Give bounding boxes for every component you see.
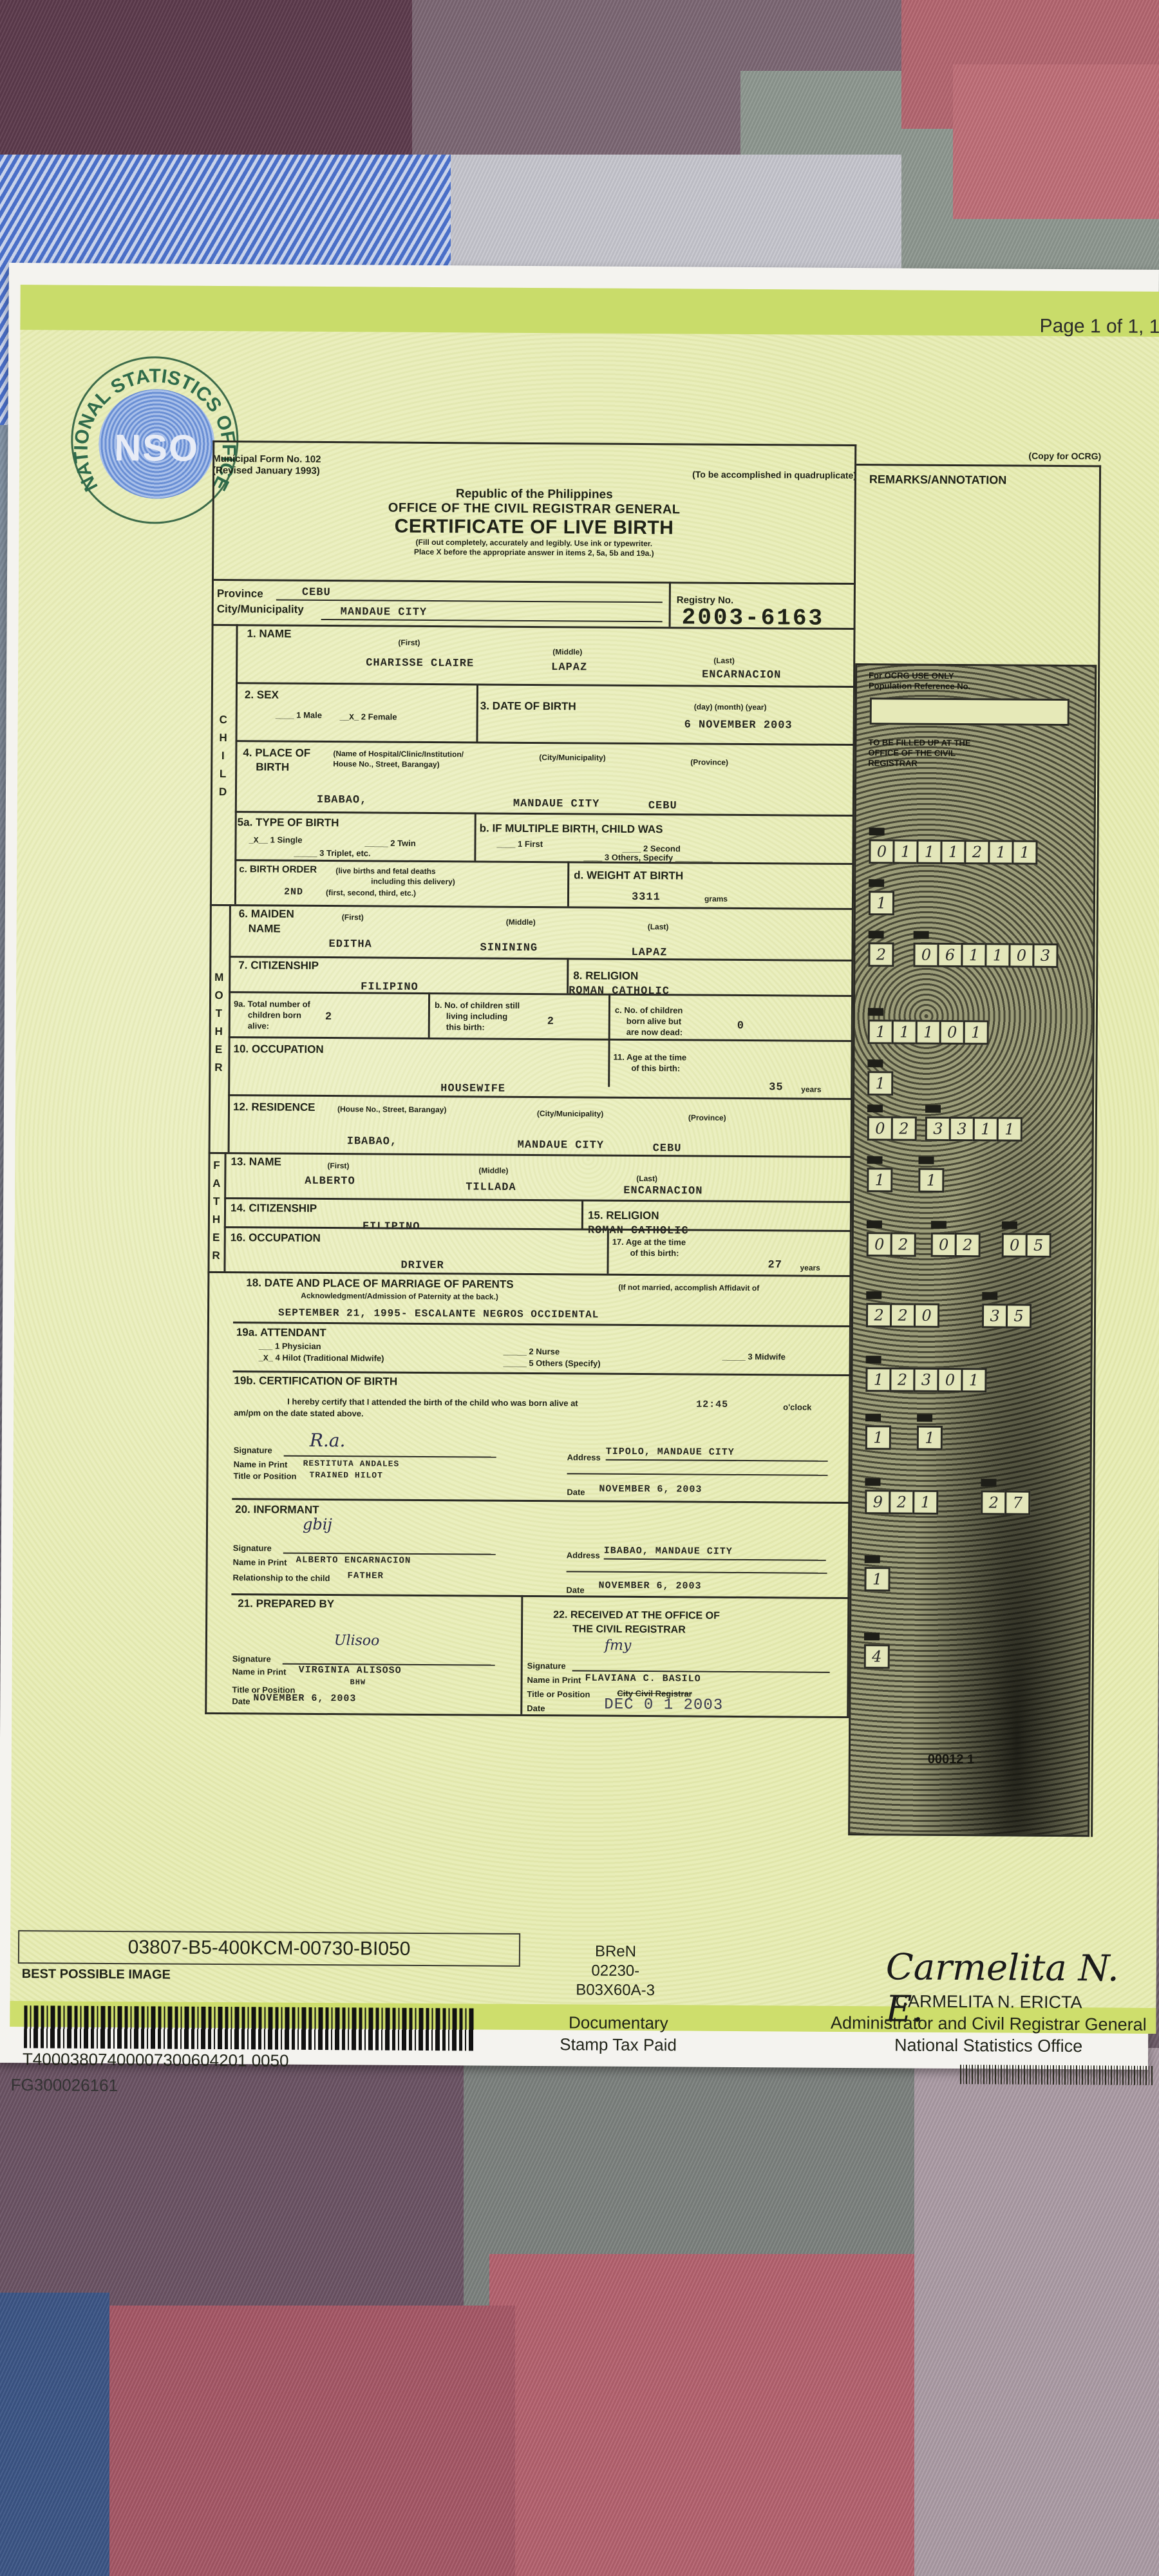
- code-digit: 1: [961, 1368, 986, 1392]
- remarks-title: REMARKS/ANNOTATION: [869, 473, 1006, 487]
- father-age-unit: years: [800, 1264, 820, 1273]
- code-digit: 1: [868, 1019, 894, 1044]
- code-digit: 1: [916, 1020, 941, 1045]
- weight-unit: grams: [704, 895, 728, 904]
- attendant-signature-label: Signature: [234, 1445, 272, 1455]
- province-value: CEBU: [302, 587, 331, 599]
- attendant-label: 19a. ATTENDANT: [236, 1326, 326, 1340]
- attendant-date-label: Date: [567, 1487, 585, 1497]
- attendant-name: RESTITUTA ANDALES: [303, 1459, 400, 1469]
- code-digit: 1: [865, 1367, 891, 1392]
- informant-date-label: Date: [566, 1585, 584, 1595]
- marriage-label: 18. DATE AND PLACE OF MARRIAGE OF PARENT…: [246, 1276, 513, 1291]
- frame-line: [210, 904, 854, 910]
- quadruplicate-note: (To be accomplished in quadruplicate): [692, 469, 856, 480]
- code-box[interactable]: 1: [864, 1567, 888, 1591]
- top-band: [20, 285, 1159, 337]
- mother-religion-label: 8. RELIGION: [573, 969, 638, 983]
- middle-label: (Middle): [506, 918, 536, 927]
- underline: [284, 1455, 496, 1458]
- form-number: Municipal Form No. 102 (Revised January …: [212, 453, 321, 477]
- pob-hint-2: House No., Street, Barangay): [333, 759, 439, 769]
- type-option-triplet[interactable]: _____ 3 Triplet, etc.: [294, 848, 370, 858]
- attendant-address-label: Address: [567, 1452, 601, 1462]
- mother-middle-name: SININING: [480, 942, 538, 954]
- last-label: (Last): [713, 656, 735, 665]
- code-box[interactable]: 1: [867, 1071, 891, 1095]
- birth-time: 12:45: [696, 1399, 728, 1410]
- code-number-tag: [864, 1633, 880, 1640]
- official-block: CARMELITA N. ERICTA Administrator and Ci…: [815, 1990, 1159, 2058]
- mini-barcode: [960, 2065, 1153, 2085]
- last-label: (Last): [636, 1174, 657, 1183]
- code-number-tag: [869, 879, 884, 887]
- code-boxes: 0111211120611031110110233111102020522035…: [857, 665, 1095, 667]
- frame-line: [224, 1197, 852, 1203]
- middle-label: (Middle): [552, 647, 582, 656]
- father-occupation: DRIVER: [400, 1260, 444, 1272]
- certification-text-2: am/pm on the date stated above.: [234, 1408, 364, 1418]
- father-age: 27: [768, 1259, 782, 1271]
- preparer-date: NOVEMBER 6, 2003: [253, 1692, 356, 1704]
- first-label: (First): [342, 913, 364, 922]
- code-digit: 2: [955, 1233, 981, 1257]
- registrar-name: FLAVIANA C. BASILO: [585, 1673, 701, 1685]
- first-label: (First): [327, 1161, 349, 1170]
- frame-line: [236, 682, 855, 688]
- code-box[interactable]: 4: [864, 1644, 888, 1669]
- mother-residence-place: IBABAO,: [347, 1135, 398, 1148]
- birth-order-hint: (live births and fetal deaths: [335, 866, 435, 876]
- dob-parts: (day) (month) (year): [694, 703, 767, 712]
- father-middle-name: TILLADA: [466, 1181, 516, 1193]
- father-citizenship-label: 14. CITIZENSHIP: [231, 1202, 317, 1215]
- certification-label: 19b. CERTIFICATION OF BIRTH: [234, 1374, 397, 1388]
- code-number-tag: [869, 931, 884, 938]
- section-label-father: FATHER: [209, 1157, 224, 1265]
- ocrg-copy-note: (Copy for OCRG): [1028, 451, 1101, 462]
- preparer-name: VIRGINIA ALISOSO: [299, 1665, 402, 1676]
- stamp-tax-line-1: Documentary: [538, 2011, 699, 2034]
- section-label-mother: MOTHER: [211, 969, 226, 1077]
- multiple-birth-label: b. IF MULTIPLE BIRTH, CHILD WAS: [480, 822, 663, 836]
- ocrg-coding-panel: For OCRG USE ONLYPopulation Reference No…: [848, 663, 1097, 1837]
- code-number-tag: [866, 1356, 881, 1363]
- date-of-birth: 6 NOVEMBER 2003: [684, 719, 793, 732]
- code-digit: 2: [868, 942, 894, 967]
- attendant-date: NOVEMBER 6, 2003: [599, 1484, 702, 1495]
- code-digit: 1: [867, 1168, 892, 1192]
- code-digit: 3: [913, 1368, 939, 1392]
- code-digit: 1: [892, 839, 918, 864]
- mother-occupation: HOUSEWIFE: [440, 1083, 505, 1095]
- attendant-option-hilot[interactable]: _X_ 4 Hilot (Traditional Midwife): [259, 1352, 384, 1363]
- code-box[interactable]: 12301: [865, 1367, 985, 1392]
- birth-order-hint-2: including this delivery): [371, 876, 455, 886]
- code-digit: 0: [914, 1303, 939, 1328]
- frame-line: [228, 1094, 853, 1100]
- code-digit: 0: [869, 839, 894, 864]
- dead-children: 0: [737, 1020, 744, 1032]
- frame-line: [581, 1199, 583, 1228]
- form-number-text: Municipal Form No. 102: [212, 453, 321, 466]
- mother-residence-label: 12. RESIDENCE: [233, 1101, 316, 1114]
- preparer-signature: Ulisoo: [334, 1633, 380, 1649]
- code-digit: 1: [973, 1117, 999, 1141]
- fabric-background: [97, 2306, 515, 2576]
- code-box[interactable]: 3311: [925, 1117, 1021, 1142]
- dob-label: 3. DATE OF BIRTH: [480, 699, 576, 713]
- bren-block: BReN 02230-B03X60A-3: [564, 1942, 668, 2000]
- code-digit: 1: [864, 1567, 890, 1591]
- code-digit: 0: [867, 1116, 893, 1141]
- attendant-signature: R.a.: [310, 1430, 346, 1451]
- birth-order: 2ND: [284, 887, 303, 898]
- father-occupation-label: 16. OCCUPATION: [231, 1231, 321, 1245]
- code-digit: 2: [889, 1367, 915, 1392]
- city-label: City/Municipality: [217, 603, 304, 616]
- code-box[interactable]: 1: [918, 1168, 942, 1193]
- dead-children-label: c. No. of childrenborn alive butare now …: [615, 1005, 683, 1038]
- father-age-label: 17. Age at the timeof this birth:: [612, 1236, 686, 1259]
- underline: [321, 619, 663, 622]
- frame-line: [212, 440, 856, 446]
- code-box[interactable]: 27: [981, 1490, 1028, 1515]
- code-digit: 1: [961, 943, 986, 967]
- father-name-label: 13. NAME: [231, 1155, 281, 1168]
- mother-residence-province: CEBU: [653, 1142, 682, 1155]
- code-digit: 6: [937, 943, 963, 967]
- barcode-number: T40003807400007300604201 0050: [23, 2049, 289, 2071]
- code-digit: 1: [869, 891, 894, 915]
- code-number-tag: [1002, 1221, 1017, 1229]
- attendant-option-nurse[interactable]: _____ 2 Nurse: [504, 1347, 560, 1357]
- stamp-tax-line-2: Stamp Tax Paid: [538, 2033, 699, 2056]
- sex-option-male[interactable]: ____ 1 Male: [276, 710, 322, 720]
- code-digit: 0: [937, 1368, 963, 1392]
- underline: [604, 1558, 826, 1561]
- mother-occupation-label: 10. OCCUPATION: [233, 1043, 323, 1056]
- code-digit: 0: [867, 1232, 892, 1256]
- child-last-name: ENCARNACION: [702, 669, 781, 682]
- fabric-background: [914, 2048, 1159, 2576]
- code-digit: 0: [939, 1020, 965, 1045]
- code-digit: 5: [1006, 1303, 1032, 1328]
- child-first-name: CHARISSE CLAIRE: [366, 657, 474, 670]
- city-value: MANDAUE CITY: [341, 606, 428, 619]
- type-option-twin[interactable]: _____ 2 Twin: [364, 838, 415, 848]
- form-header: Republic of the Philippines OFFICE OF TH…: [212, 486, 856, 560]
- registrar-signature-label: Signature: [527, 1661, 566, 1671]
- registrar-title-label: Title or Position: [527, 1689, 590, 1700]
- code-digit: 0: [931, 1233, 957, 1257]
- fill-up-label: TO BE FILLED UP AT THEOFFICE OF THE CIVI…: [868, 737, 970, 769]
- form-revision: (Revised January 1993): [212, 465, 321, 477]
- father-first-name: ALBERTO: [305, 1175, 355, 1188]
- type-option-single[interactable]: _X__ 1 Single: [249, 835, 302, 846]
- weight-value: 3311: [632, 891, 661, 904]
- code-number-tag: [867, 1059, 883, 1067]
- underline: [606, 1459, 828, 1462]
- code-digit: 3: [982, 1303, 1008, 1328]
- code-number-tag: [865, 1414, 881, 1421]
- marriage-hint-2: Acknowledgment/Admission of Paternity at…: [301, 1291, 498, 1302]
- code-digit: 2: [890, 1303, 916, 1327]
- code-digit: 5: [1026, 1233, 1051, 1258]
- attendant-option-others[interactable]: _____ 5 Others (Specify): [504, 1358, 601, 1368]
- mother-name-label-2: NAME: [249, 922, 281, 935]
- mother-religion: ROMAN CATHOLIC: [569, 985, 670, 998]
- father-religion-label: 15. RELIGION: [588, 1209, 659, 1223]
- code-number-tag: [868, 1008, 883, 1016]
- attendant-name-label: Name in Print: [234, 1459, 288, 1470]
- pob-label-2: BIRTH: [256, 761, 289, 773]
- frame-line: [476, 683, 478, 741]
- attendant-title-label: Title or Position: [233, 1471, 296, 1481]
- underline: [567, 1473, 828, 1475]
- frame-line: [229, 991, 853, 997]
- residence-hint: (House No., Street, Barangay): [337, 1104, 446, 1114]
- code-box[interactable]: 1: [867, 1168, 890, 1192]
- code-digit: 2: [964, 840, 990, 864]
- marriage-value: SEPTEMBER 21, 1995- ESCALANTE NEGROS OCC…: [278, 1307, 599, 1321]
- pob-city-hint: (City/Municipality): [539, 753, 605, 762]
- pob-place: IBABAO,: [317, 794, 368, 806]
- code-digit: 3: [949, 1117, 975, 1141]
- attendant-address: TIPOLO, MANDAUE CITY: [606, 1446, 735, 1458]
- population-reference-field[interactable]: [870, 697, 1069, 726]
- mother-first-name: EDITHA: [328, 938, 372, 951]
- code-digit: 4: [864, 1644, 890, 1669]
- type-of-birth-label: 5a. TYPE OF BIRTH: [238, 816, 339, 829]
- received-date-stamp: DEC 0 1 2003: [604, 1696, 723, 1714]
- page-indicator: Page 1 of 1, 1: [1040, 316, 1159, 338]
- code-box[interactable]: 02: [931, 1233, 979, 1257]
- code-number-tag: [867, 1156, 882, 1164]
- mother-name-label: 6. MAIDEN: [239, 907, 294, 921]
- code-number-tag: [914, 931, 929, 939]
- official-name: CARMELITA N. ERICTA: [815, 1990, 1159, 2014]
- code-digit: 7: [1004, 1490, 1030, 1515]
- code-number-tag: [867, 1220, 882, 1228]
- registrar-name-label: Name in Print: [527, 1675, 581, 1685]
- birth-order-hint-3: (first, second, third, etc.): [326, 888, 416, 898]
- informant-label: 20. INFORMANT: [235, 1503, 319, 1517]
- code-digit: 1: [865, 1425, 891, 1450]
- code-number-tag: [917, 1414, 932, 1422]
- code-box[interactable]: 11101: [868, 1019, 987, 1045]
- code-number-tag: [982, 1292, 997, 1300]
- official-office: National Statistics Office: [815, 2034, 1159, 2058]
- total-children-label: 9a. Total number ofchildren bornalive:: [234, 998, 310, 1032]
- code-digit: 3: [925, 1117, 951, 1141]
- frame-line: [224, 1226, 852, 1232]
- code-digit: 1: [892, 1019, 918, 1044]
- code-digit: 2: [890, 1232, 916, 1256]
- frame-line: [607, 1229, 608, 1274]
- code-digit: 0: [1008, 943, 1034, 968]
- pob-province: CEBU: [648, 800, 677, 812]
- frame-line: [235, 740, 854, 746]
- frame-line: [207, 440, 214, 1271]
- attendant-title: TRAINED HILOT: [309, 1470, 383, 1481]
- code-number-tag: [865, 1478, 880, 1486]
- code-box[interactable]: 921: [865, 1490, 936, 1515]
- attendant-option-midwife[interactable]: _____ 3 Midwife: [722, 1352, 786, 1362]
- ocrg-use-label: For OCRG USE ONLYPopulation Reference No…: [869, 670, 970, 692]
- code-box[interactable]: 220: [866, 1303, 938, 1328]
- middle-label: (Middle): [478, 1166, 508, 1175]
- frame-line: [228, 904, 231, 1152]
- frame-line: [207, 1271, 851, 1277]
- mult-option-first[interactable]: ____ 1 First: [496, 839, 543, 849]
- frame-line: [567, 861, 569, 906]
- province-label: Province: [217, 587, 263, 600]
- total-born-alive: 2: [325, 1011, 332, 1023]
- sex-label: 2. SEX: [245, 688, 279, 701]
- code-digit: 1: [1012, 840, 1037, 865]
- code-digit: 2: [889, 1490, 914, 1514]
- frame-line: [428, 992, 430, 1037]
- preparer-signature-label: Signature: [232, 1654, 271, 1663]
- pob-label: 4. PLACE OF: [243, 746, 310, 760]
- barcode: [24, 2005, 475, 2050]
- weight-label: d. WEIGHT AT BIRTH: [574, 869, 683, 882]
- code-number-tag: [931, 1221, 947, 1229]
- code-digit: 2: [866, 1303, 892, 1327]
- fabric-background: [0, 2293, 109, 2576]
- underline: [567, 1571, 827, 1573]
- sex-option-female[interactable]: __X_ 2 Female: [340, 712, 397, 723]
- father-religion: ROMAN CATHOLIC: [588, 1225, 689, 1238]
- security-serial: 03807-B5-400KCM-00730-BI050: [18, 1930, 520, 1967]
- mother-age: 35: [769, 1081, 784, 1094]
- informant-signature: gbij: [303, 1515, 332, 1533]
- code-box[interactable]: 2: [868, 942, 892, 967]
- frame-line: [205, 1271, 209, 1714]
- code-digit: 0: [913, 943, 939, 967]
- frame-line: [223, 1152, 226, 1271]
- preparer-name-label: Name in Print: [232, 1667, 287, 1677]
- frame-line: [474, 812, 476, 860]
- bren-number: 02230-B03X60A-3: [564, 1961, 667, 2000]
- frame-line: [520, 1595, 523, 1714]
- code-number-tag: [865, 1555, 880, 1563]
- pob-province-hint: (Province): [690, 757, 728, 766]
- code-number-tag: [925, 1105, 941, 1113]
- frame-line: [234, 624, 238, 904]
- code-digit: 1: [988, 840, 1013, 864]
- code-digit: 3: [1032, 943, 1058, 968]
- fabric-background: [489, 2254, 914, 2576]
- mother-last-name: LAPAZ: [631, 947, 667, 959]
- code-number-tag: [866, 1291, 881, 1299]
- living-children: 2: [547, 1016, 554, 1028]
- section-label-child: CHILD: [216, 711, 231, 801]
- frame-line: [232, 1498, 850, 1504]
- stamp-tax-block: Documentary Stamp Tax Paid: [538, 2011, 699, 2056]
- code-digit: 2: [981, 1490, 1006, 1515]
- mother-citizenship-label: 7. CITIZENSHIP: [238, 959, 319, 972]
- code-number-tag: [918, 1157, 934, 1164]
- residence-province-hint: (Province): [688, 1113, 726, 1122]
- child-middle-name: LAPAZ: [551, 661, 587, 674]
- code-box[interactable]: 1: [865, 1425, 889, 1450]
- birth-order-label: c. BIRTH ORDER: [239, 864, 317, 875]
- first-label: (First): [398, 638, 420, 647]
- informant-address-label: Address: [567, 1550, 600, 1560]
- code-number-tag: [869, 828, 885, 835]
- official-title: Administrator and Civil Registrar Genera…: [815, 2012, 1159, 2036]
- code-box[interactable]: 1: [917, 1426, 941, 1450]
- residence-city-hint: (City/Municipality): [537, 1109, 603, 1119]
- underline: [276, 600, 663, 603]
- mother-residence-city: MANDAUE CITY: [518, 1139, 605, 1152]
- certificate-paper: Page 1 of 1, 1 NSO NATIONAL STATISTICS O…: [0, 263, 1159, 2070]
- frame-line: [205, 1712, 849, 1718]
- informant-signature-label: Signature: [233, 1543, 272, 1553]
- pob-city: MANDAUE CITY: [513, 798, 600, 811]
- registrar-date-label: Date: [527, 1703, 545, 1713]
- registrar-signature: fmy: [605, 1638, 632, 1654]
- frame-line: [235, 811, 854, 817]
- father-last-name: ENCARNACION: [623, 1185, 702, 1198]
- informant-name-label: Name in Print: [233, 1557, 287, 1567]
- fabric-background: [0, 0, 412, 161]
- remarks-column: (Copy for OCRG) REMARKS/ANNOTATION For O…: [848, 464, 1101, 1837]
- code-digit: 1: [985, 943, 1010, 967]
- code-box[interactable]: 05: [1002, 1233, 1050, 1257]
- marriage-hint: (If not married, accomplish Affidavit of: [618, 1283, 759, 1293]
- code-box[interactable]: 35: [982, 1303, 1030, 1328]
- attendant-option-physician[interactable]: ___ 1 Physician: [259, 1341, 321, 1351]
- code-digit: 1: [997, 1117, 1022, 1141]
- code-digit: 1: [912, 1490, 938, 1515]
- informant-relationship: FATHER: [348, 1571, 384, 1581]
- living-children-label: b. No. of children stillliving including…: [435, 999, 520, 1033]
- code-digit: 1: [963, 1020, 989, 1045]
- mother-age-label: 11. Age at the timeof this birth:: [613, 1052, 686, 1074]
- birth-certificate-form: Municipal Form No. 102 (Revised January …: [204, 440, 856, 1797]
- code-number-tag: [981, 1479, 996, 1486]
- code-digit: 9: [865, 1490, 890, 1514]
- code-digit: 1: [940, 840, 966, 864]
- code-box[interactable]: 0111211: [869, 839, 1035, 865]
- child-name-label: 1. NAME: [247, 627, 291, 640]
- last-label: (Last): [648, 922, 669, 931]
- ocrg-stamp: 00012 1: [928, 1754, 974, 1765]
- mother-age-unit: years: [801, 1085, 821, 1094]
- code-box[interactable]: 02: [867, 1116, 915, 1141]
- preparer-title: BHW: [350, 1678, 366, 1687]
- code-box[interactable]: 061103: [913, 943, 1056, 968]
- code-digit: 1: [918, 1168, 944, 1193]
- code-digit: 1: [916, 840, 942, 864]
- prepared-by-label: 21. PREPARED BY: [238, 1597, 334, 1611]
- best-possible-image-label: BEST POSSIBLE IMAGE: [22, 1967, 171, 1982]
- informant-date: NOVEMBER 6, 2003: [598, 1580, 701, 1592]
- informant-relationship-label: Relationship to the child: [232, 1573, 330, 1583]
- oclock-text: o'clock: [783, 1402, 811, 1412]
- frame-line: [209, 1152, 853, 1158]
- preparer-date-label: Date: [232, 1696, 250, 1706]
- frame-line: [229, 956, 853, 961]
- informant-address: IBABAO, MANDAUE CITY: [604, 1546, 733, 1557]
- code-digit: 1: [867, 1071, 893, 1095]
- code-digit: 1: [917, 1426, 943, 1450]
- code-box[interactable]: 02: [867, 1232, 914, 1256]
- code-box[interactable]: 1: [869, 891, 892, 915]
